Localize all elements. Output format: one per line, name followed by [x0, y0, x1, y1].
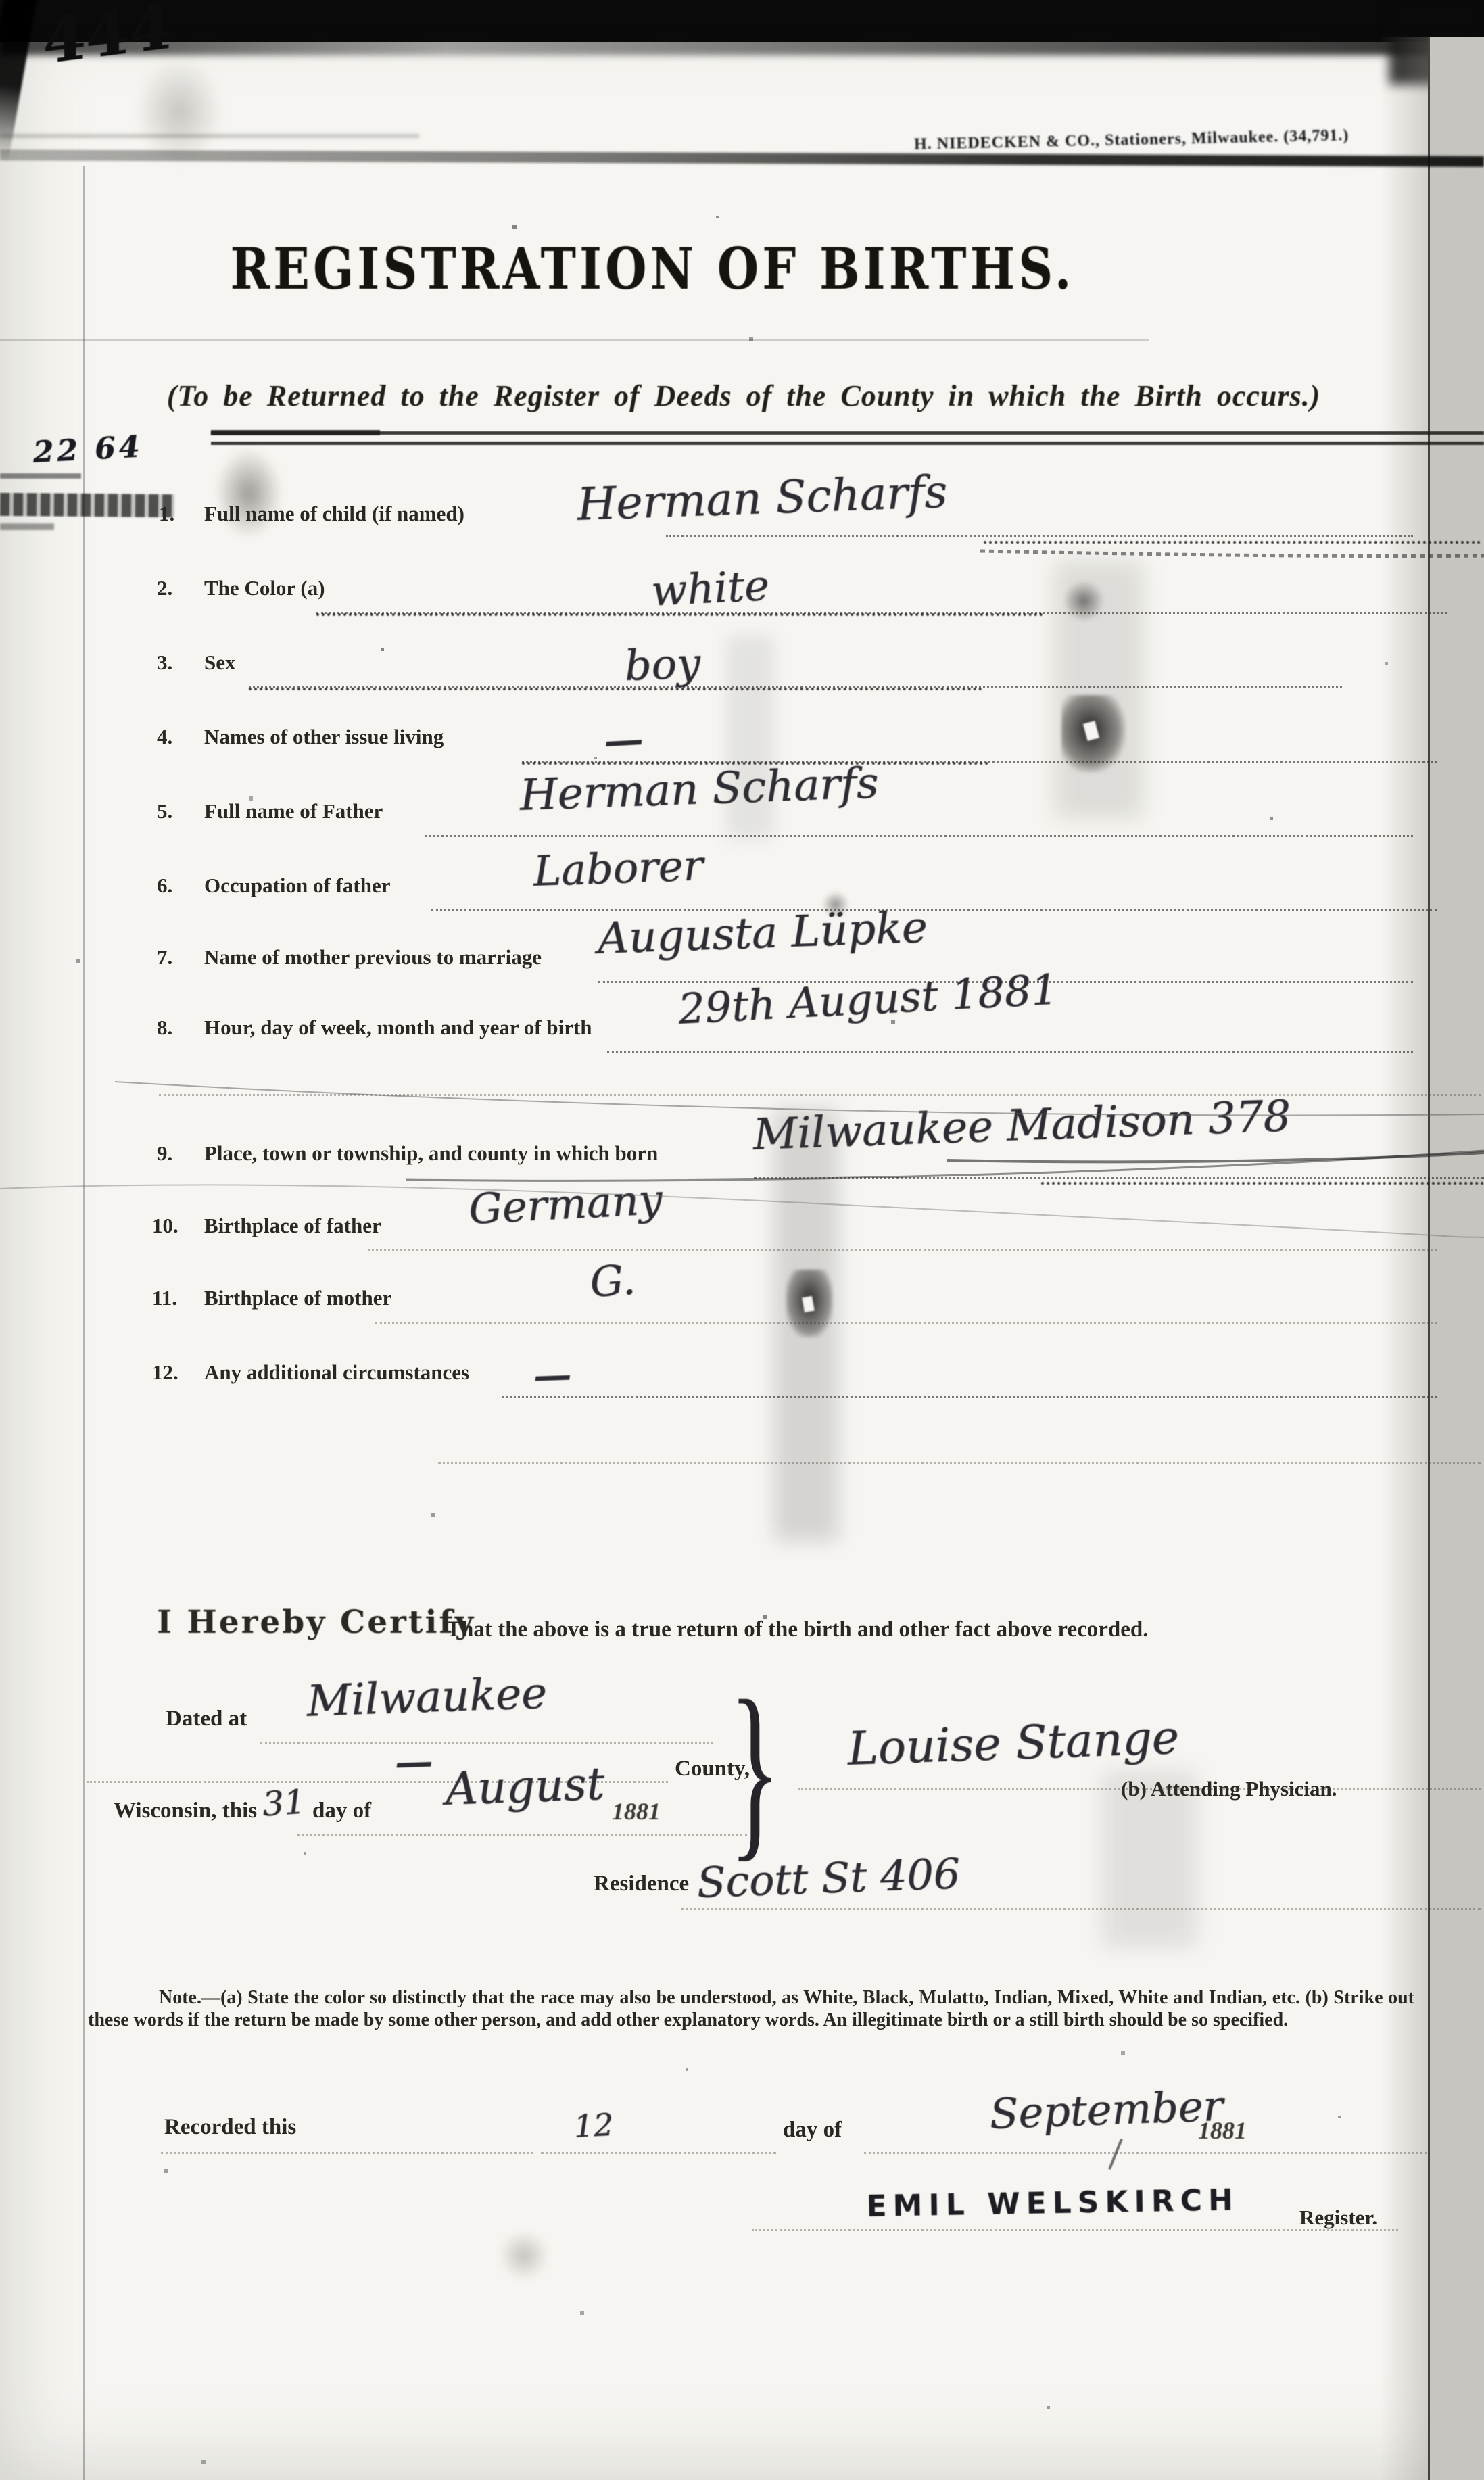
top-left-streak: [0, 0, 37, 162]
double-rule-left-cap: [211, 430, 380, 435]
dotted-line: [864, 2152, 1427, 2154]
recorded-month-handwritten: September: [988, 2081, 1224, 2139]
field-value-handwritten: —: [533, 1352, 572, 1398]
stray-scan-lines: [0, 0, 1484, 2480]
dotted-line: [541, 2152, 776, 2154]
ink-blot: [1063, 580, 1105, 622]
stray-line: [980, 551, 1484, 556]
top-band-rough-edge: [0, 32, 1484, 55]
footnote-text: Note.—(a) State the color so distinctly …: [88, 1986, 1414, 2031]
dotted-line: [368, 1249, 1437, 1251]
field-value-handwritten: G.: [588, 1255, 637, 1307]
vertical-bleed-streak: [774, 1109, 838, 1542]
dated-at-label: Dated at: [166, 1707, 247, 1732]
left-ink-tick-2: [0, 523, 54, 530]
recorded-day-of-label: day of: [783, 2118, 842, 2143]
field-value-handwritten: Augusta Lüpke: [596, 903, 928, 964]
field-label: Names of other issue living: [204, 725, 444, 749]
faint-scratch-line: [0, 339, 1149, 341]
field-value-handwritten: Herman Scharfs: [576, 466, 948, 531]
left-margin-rule: [83, 166, 85, 2480]
state-line-prefix: Wisconsin, this: [114, 1798, 257, 1823]
dotted-line: [375, 1322, 1437, 1324]
field-label: Any additional circumstances: [204, 1360, 469, 1385]
field-label: Occupation of father: [204, 874, 391, 898]
dotted-continuation-line: [438, 1462, 1481, 1464]
dotted-line: [502, 1396, 1437, 1398]
field-value-handwritten: white: [650, 561, 770, 616]
stationer-imprint: H. NIEDECKEN & CO., Stationers, Milwauke…: [914, 126, 1349, 153]
field-number: 5.: [157, 799, 172, 824]
field-label: Sex: [204, 650, 236, 675]
dotted-line: [681, 1908, 1481, 1910]
field-label: Hour, day of week, month and year of bir…: [204, 1016, 592, 1040]
field-number: 2.: [157, 576, 172, 600]
field-number: 10.: [152, 1214, 178, 1238]
double-rule-top: [211, 431, 1484, 435]
field-value-handwritten: Milwaukee Madison 378: [752, 1091, 1291, 1160]
field-number: 8.: [157, 1016, 172, 1040]
field-value-handwritten: 29th August 1881: [677, 965, 1059, 1034]
field-number: 9.: [157, 1141, 172, 1166]
certify-heading: I Hereby Certify: [157, 1604, 475, 1641]
field-label: Full name of Father: [204, 799, 383, 824]
stray-line: [947, 1153, 1484, 1162]
field-label: Place, town or township, and county in w…: [204, 1141, 658, 1166]
top-black-band: [0, 0, 1484, 42]
field-number: 1.: [159, 502, 174, 526]
field-label: Birthplace of mother: [204, 1286, 391, 1310]
dated-at-value-handwritten: Milwaukee: [306, 1669, 548, 1727]
field-value-handwritten: Laborer: [532, 840, 704, 896]
recorded-day-handwritten: 12: [573, 2106, 614, 2145]
recorded-prefix: Recorded this: [164, 2115, 296, 2140]
field-number: 11.: [152, 1286, 177, 1310]
register-signature: EMIL WELSKIRCH: [866, 2183, 1239, 2224]
field-label: Name of mother previous to marriage: [204, 945, 542, 970]
top-right-corner-blot: [1389, 0, 1484, 85]
dotted-line: [607, 1051, 1413, 1053]
year-value: 1881: [612, 1797, 661, 1826]
dotted-line: [260, 1742, 713, 1744]
vertical-bleed-streak: [1055, 561, 1143, 818]
residence-label: Residence: [594, 1871, 689, 1897]
stray-slash-mark: [1108, 2139, 1123, 2170]
field-number: 7.: [157, 945, 172, 970]
field-value-handwritten: Germany: [467, 1174, 663, 1234]
field-value-handwritten: boy: [623, 638, 701, 690]
day-of-label: day of: [312, 1798, 371, 1823]
county-brace: }: [729, 1656, 781, 1882]
dotted-line-heavy: [984, 541, 1481, 544]
certify-body: That the above is a true return of the b…: [446, 1617, 1149, 1642]
dotted-line: [431, 909, 1437, 911]
header-rule-echo: [0, 134, 419, 138]
recorded-year-value: 1881: [1198, 2116, 1247, 2145]
dotted-line-heavy: [1041, 1182, 1484, 1185]
double-rule-bottom: [211, 442, 1484, 445]
physician-signature: Louise Stange: [846, 1711, 1180, 1776]
left-ink-tick-1: [0, 473, 81, 479]
county-dash-handwritten: —: [394, 1739, 433, 1785]
left-ink-smear-band: [0, 493, 174, 517]
dotted-line: [297, 1834, 747, 1836]
ink-blot-void-center: [1083, 721, 1099, 741]
dotted-line: [754, 1177, 1484, 1179]
register-label: Register.: [1299, 2205, 1377, 2230]
birth-registration-scan: 444 H. NIEDECKEN & CO., Stationers, Milw…: [0, 0, 1484, 2480]
field-label: Full name of child (if named): [204, 502, 464, 526]
field-number: 3.: [157, 650, 172, 675]
ink-blot-void-center: [802, 1296, 815, 1312]
field-label: The Color (a): [204, 576, 325, 600]
margin-ledger-number: 22 64: [32, 430, 143, 470]
dotted-line-heavy: [249, 688, 982, 690]
field-label: Birthplace of father: [204, 1214, 381, 1238]
residence-value-handwritten: Scott St 406: [696, 1849, 961, 1907]
gray-blot: [497, 2233, 551, 2279]
attending-physician-label: (b) Attending Physician.: [1121, 1777, 1337, 1801]
page-number-stamp: 444: [42, 0, 172, 78]
field-number: 6.: [157, 874, 172, 898]
field-value-handwritten: —: [602, 716, 644, 764]
header-rule-smear: [0, 149, 1484, 167]
document-title: REGISTRATION OF BIRTHS.: [104, 235, 1200, 302]
field-number: 4.: [157, 725, 172, 749]
stamp-smear: [135, 57, 223, 166]
dotted-line: [425, 835, 1413, 837]
field-value-handwritten: Herman Scharfs: [519, 759, 879, 821]
dotted-line: [161, 2152, 533, 2154]
field-number: 12.: [152, 1360, 178, 1385]
dotted-line: [666, 535, 1413, 537]
ink-blot-with-void: [786, 1270, 833, 1337]
month-value-handwritten: August: [444, 1758, 605, 1815]
day-value-handwritten: 31: [261, 1782, 307, 1824]
document-subtitle: (To be Returned to the Register of Deeds…: [41, 379, 1447, 413]
paper-specks: [0, 0, 1, 1]
